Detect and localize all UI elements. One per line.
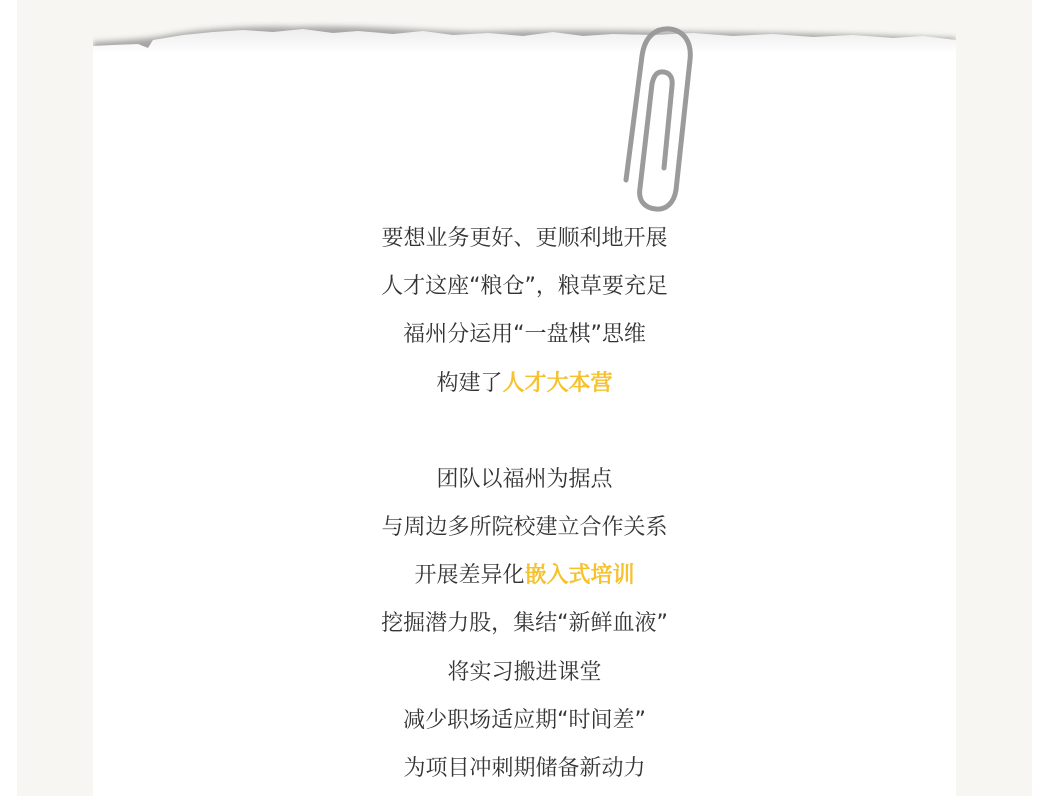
text-line: 开展差异化嵌入式培训 bbox=[93, 552, 956, 600]
text-line: 将实习搬进课堂 bbox=[93, 649, 956, 697]
highlight-text: 嵌入式培训 bbox=[525, 563, 635, 588]
text-line: 福州分运用“一盘棋”思维 bbox=[93, 311, 956, 359]
paragraph-talent-base: 要想业务更好、更顺利地开展 人才这座“粮仓”，粮草要充足 福州分运用“一盘棋”思… bbox=[93, 215, 956, 408]
paragraph-spacer bbox=[93, 408, 956, 456]
article-body: 要想业务更好、更顺利地开展 人才这座“粮仓”，粮草要充足 福州分运用“一盘棋”思… bbox=[93, 215, 956, 793]
text-line: 挖掘潜力股，集结“新鲜血液” bbox=[93, 600, 956, 648]
line-text: 要想业务更好、更顺利地开展 bbox=[381, 226, 667, 251]
line-text: 与周边多所院校建立合作关系 bbox=[381, 515, 667, 540]
line-text: 将实习搬进课堂 bbox=[447, 660, 601, 685]
line-text: 为项目冲刺期储备新动力 bbox=[403, 756, 645, 781]
text-line: 与周边多所院校建立合作关系 bbox=[93, 504, 956, 552]
paragraph-training: 团队以福州为据点 与周边多所院校建立合作关系 开展差异化嵌入式培训 挖掘潜力股，… bbox=[93, 456, 956, 793]
text-line: 要想业务更好、更顺利地开展 bbox=[93, 215, 956, 263]
text-line: 减少职场适应期“时间差” bbox=[93, 697, 956, 745]
text-line: 人才这座“粮仓”，粮草要充足 bbox=[93, 263, 956, 311]
highlight-text: 人才大本营 bbox=[503, 371, 613, 396]
line-text: 人才这座“粮仓”，粮草要充足 bbox=[381, 274, 668, 299]
text-line: 团队以福州为据点 bbox=[93, 456, 956, 504]
line-text: 开展差异化 bbox=[414, 563, 524, 588]
text-line: 构建了人才大本营 bbox=[93, 360, 956, 408]
line-text: 减少职场适应期“时间差” bbox=[403, 708, 646, 733]
paperclip-icon bbox=[612, 20, 702, 216]
text-line: 为项目冲刺期储备新动力 bbox=[93, 745, 956, 793]
line-text: 挖掘潜力股，集结“新鲜血液” bbox=[381, 611, 668, 636]
line-text: 构建了 bbox=[436, 371, 502, 396]
line-text: 团队以福州为据点 bbox=[436, 467, 612, 492]
line-text: 福州分运用“一盘棋”思维 bbox=[403, 322, 646, 347]
torn-paper-edge bbox=[93, 18, 956, 78]
